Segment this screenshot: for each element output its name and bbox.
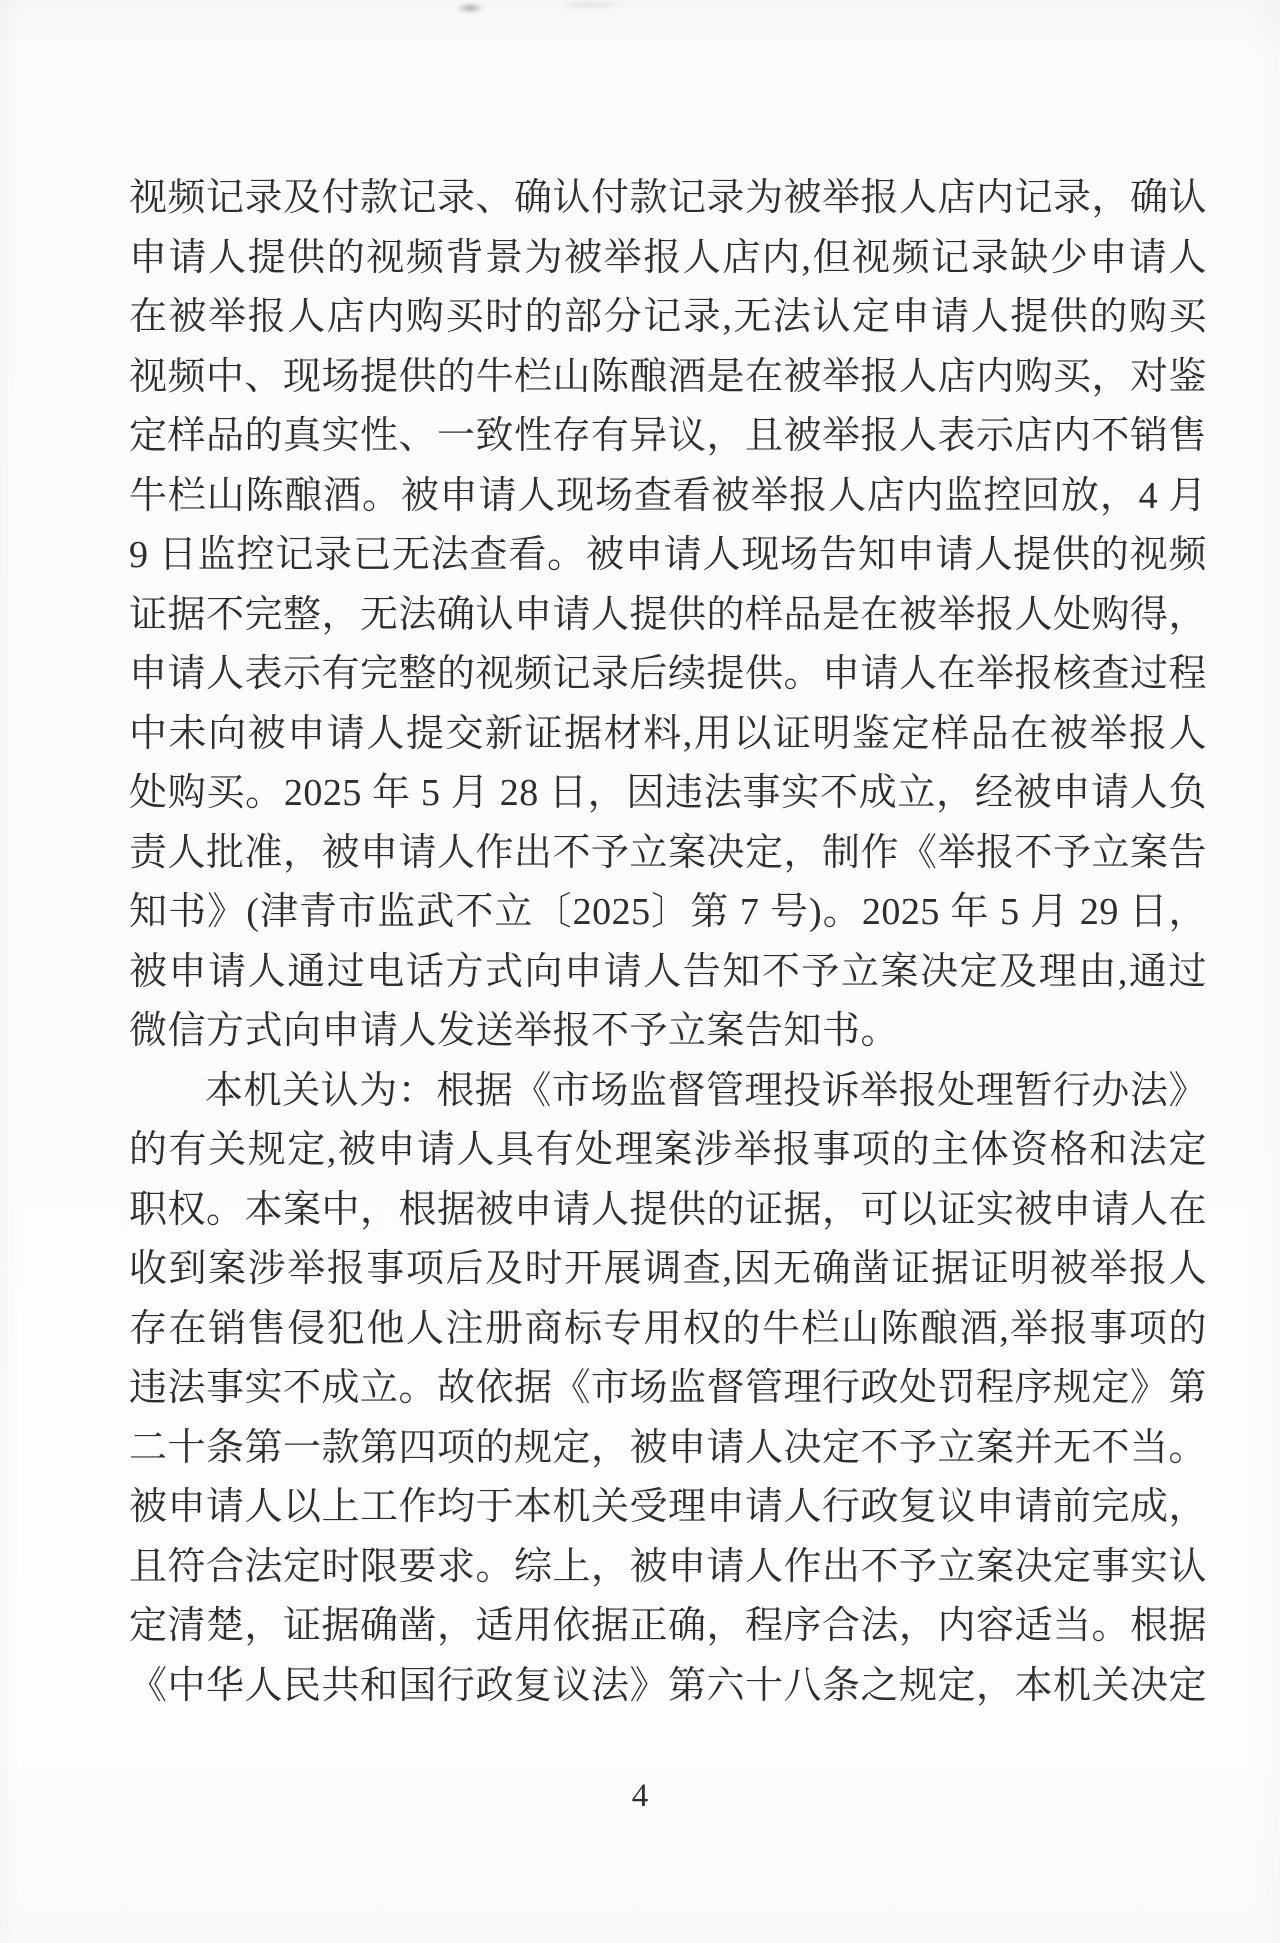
text-line: 违法事实不成立。故依据《市场监督管理行政处罚程序规定》第: [129, 1359, 1207, 1419]
text-line: 本机关认为：根据《市场监督管理投诉举报处理暂行办法》: [129, 1062, 1207, 1122]
text-line: 牛栏山陈酿酒。被申请人现场查看被举报人店内监控回放，4 月: [129, 467, 1207, 527]
scan-smudge: [545, 0, 635, 10]
text-line: 存在销售侵犯他人注册商标专用权的牛栏山陈酿酒,举报事项的: [129, 1300, 1207, 1360]
page-number: 4: [632, 1778, 649, 1814]
text-line: 的有关规定,被申请人具有处理案涉举报事项的主体资格和法定: [129, 1121, 1207, 1181]
document-page: 视频记录及付款记录、确认付款记录为被举报人店内记录，确认申请人提供的视频背景为被…: [0, 0, 1280, 1943]
text-line: 申请人表示有完整的视频记录后续提供。申请人在举报核查过程: [129, 645, 1207, 705]
text-line: 证据不完整，无法确认申请人提供的样品是在被举报人处购得，: [129, 586, 1207, 646]
text-line: 处购买。2025 年 5 月 28 日，因违法事实不成立，经被申请人负: [129, 764, 1207, 824]
text-line: 职权。本案中，根据被申请人提供的证据，可以证实被申请人在: [129, 1181, 1207, 1241]
text-line: 视频中、现场提供的牛栏山陈酿酒是在被举报人店内购买，对鉴: [129, 348, 1207, 408]
text-line: 9 日监控记录已无法查看。被申请人现场告知申请人提供的视频: [129, 526, 1207, 586]
text-line: 申请人提供的视频背景为被举报人店内,但视频记录缺少申请人: [129, 229, 1207, 289]
text-line: 收到案涉举报事项后及时开展调查,因无确凿证据证明被举报人: [129, 1240, 1207, 1300]
text-line: 二十条第一款第四项的规定，被申请人决定不予立案并无不当。: [129, 1419, 1207, 1479]
text-line: 《中华人民共和国行政复议法》第六十八条之规定，本机关决定: [129, 1657, 1207, 1717]
text-line: 在被举报人店内购买时的部分记录,无法认定申请人提供的购买: [129, 288, 1207, 348]
scan-smudge: [452, 1, 488, 15]
page-footer: 4: [0, 1778, 1280, 1815]
text-line: 定清楚，证据确凿，适用依据正确，程序合法，内容适当。根据: [129, 1597, 1207, 1657]
text-line: 被申请人以上工作均于本机关受理申请人行政复议申请前完成，: [129, 1478, 1207, 1538]
text-line: 责人批准，被申请人作出不予立案决定，制作《举报不予立案告: [129, 824, 1207, 884]
text-line: 知书》(津青市监武不立〔2025〕第 7 号)。2025 年 5 月 29 日，: [129, 883, 1207, 943]
text-line: 中未向被申请人提交新证据材料,用以证明鉴定样品在被举报人: [129, 705, 1207, 765]
text-line: 定样品的真实性、一致性存有异议，且被举报人表示店内不销售: [129, 407, 1207, 467]
text-line: 被申请人通过电话方式向申请人告知不予立案决定及理由,通过: [129, 943, 1207, 1003]
document-body: 视频记录及付款记录、确认付款记录为被举报人店内记录，确认申请人提供的视频背景为被…: [129, 169, 1207, 1716]
text-line: 视频记录及付款记录、确认付款记录为被举报人店内记录，确认: [129, 169, 1207, 229]
text-line: 微信方式向申请人发送举报不予立案告知书。: [129, 1002, 1207, 1062]
text-line: 且符合法定时限要求。综上，被申请人作出不予立案决定事实认: [129, 1538, 1207, 1598]
